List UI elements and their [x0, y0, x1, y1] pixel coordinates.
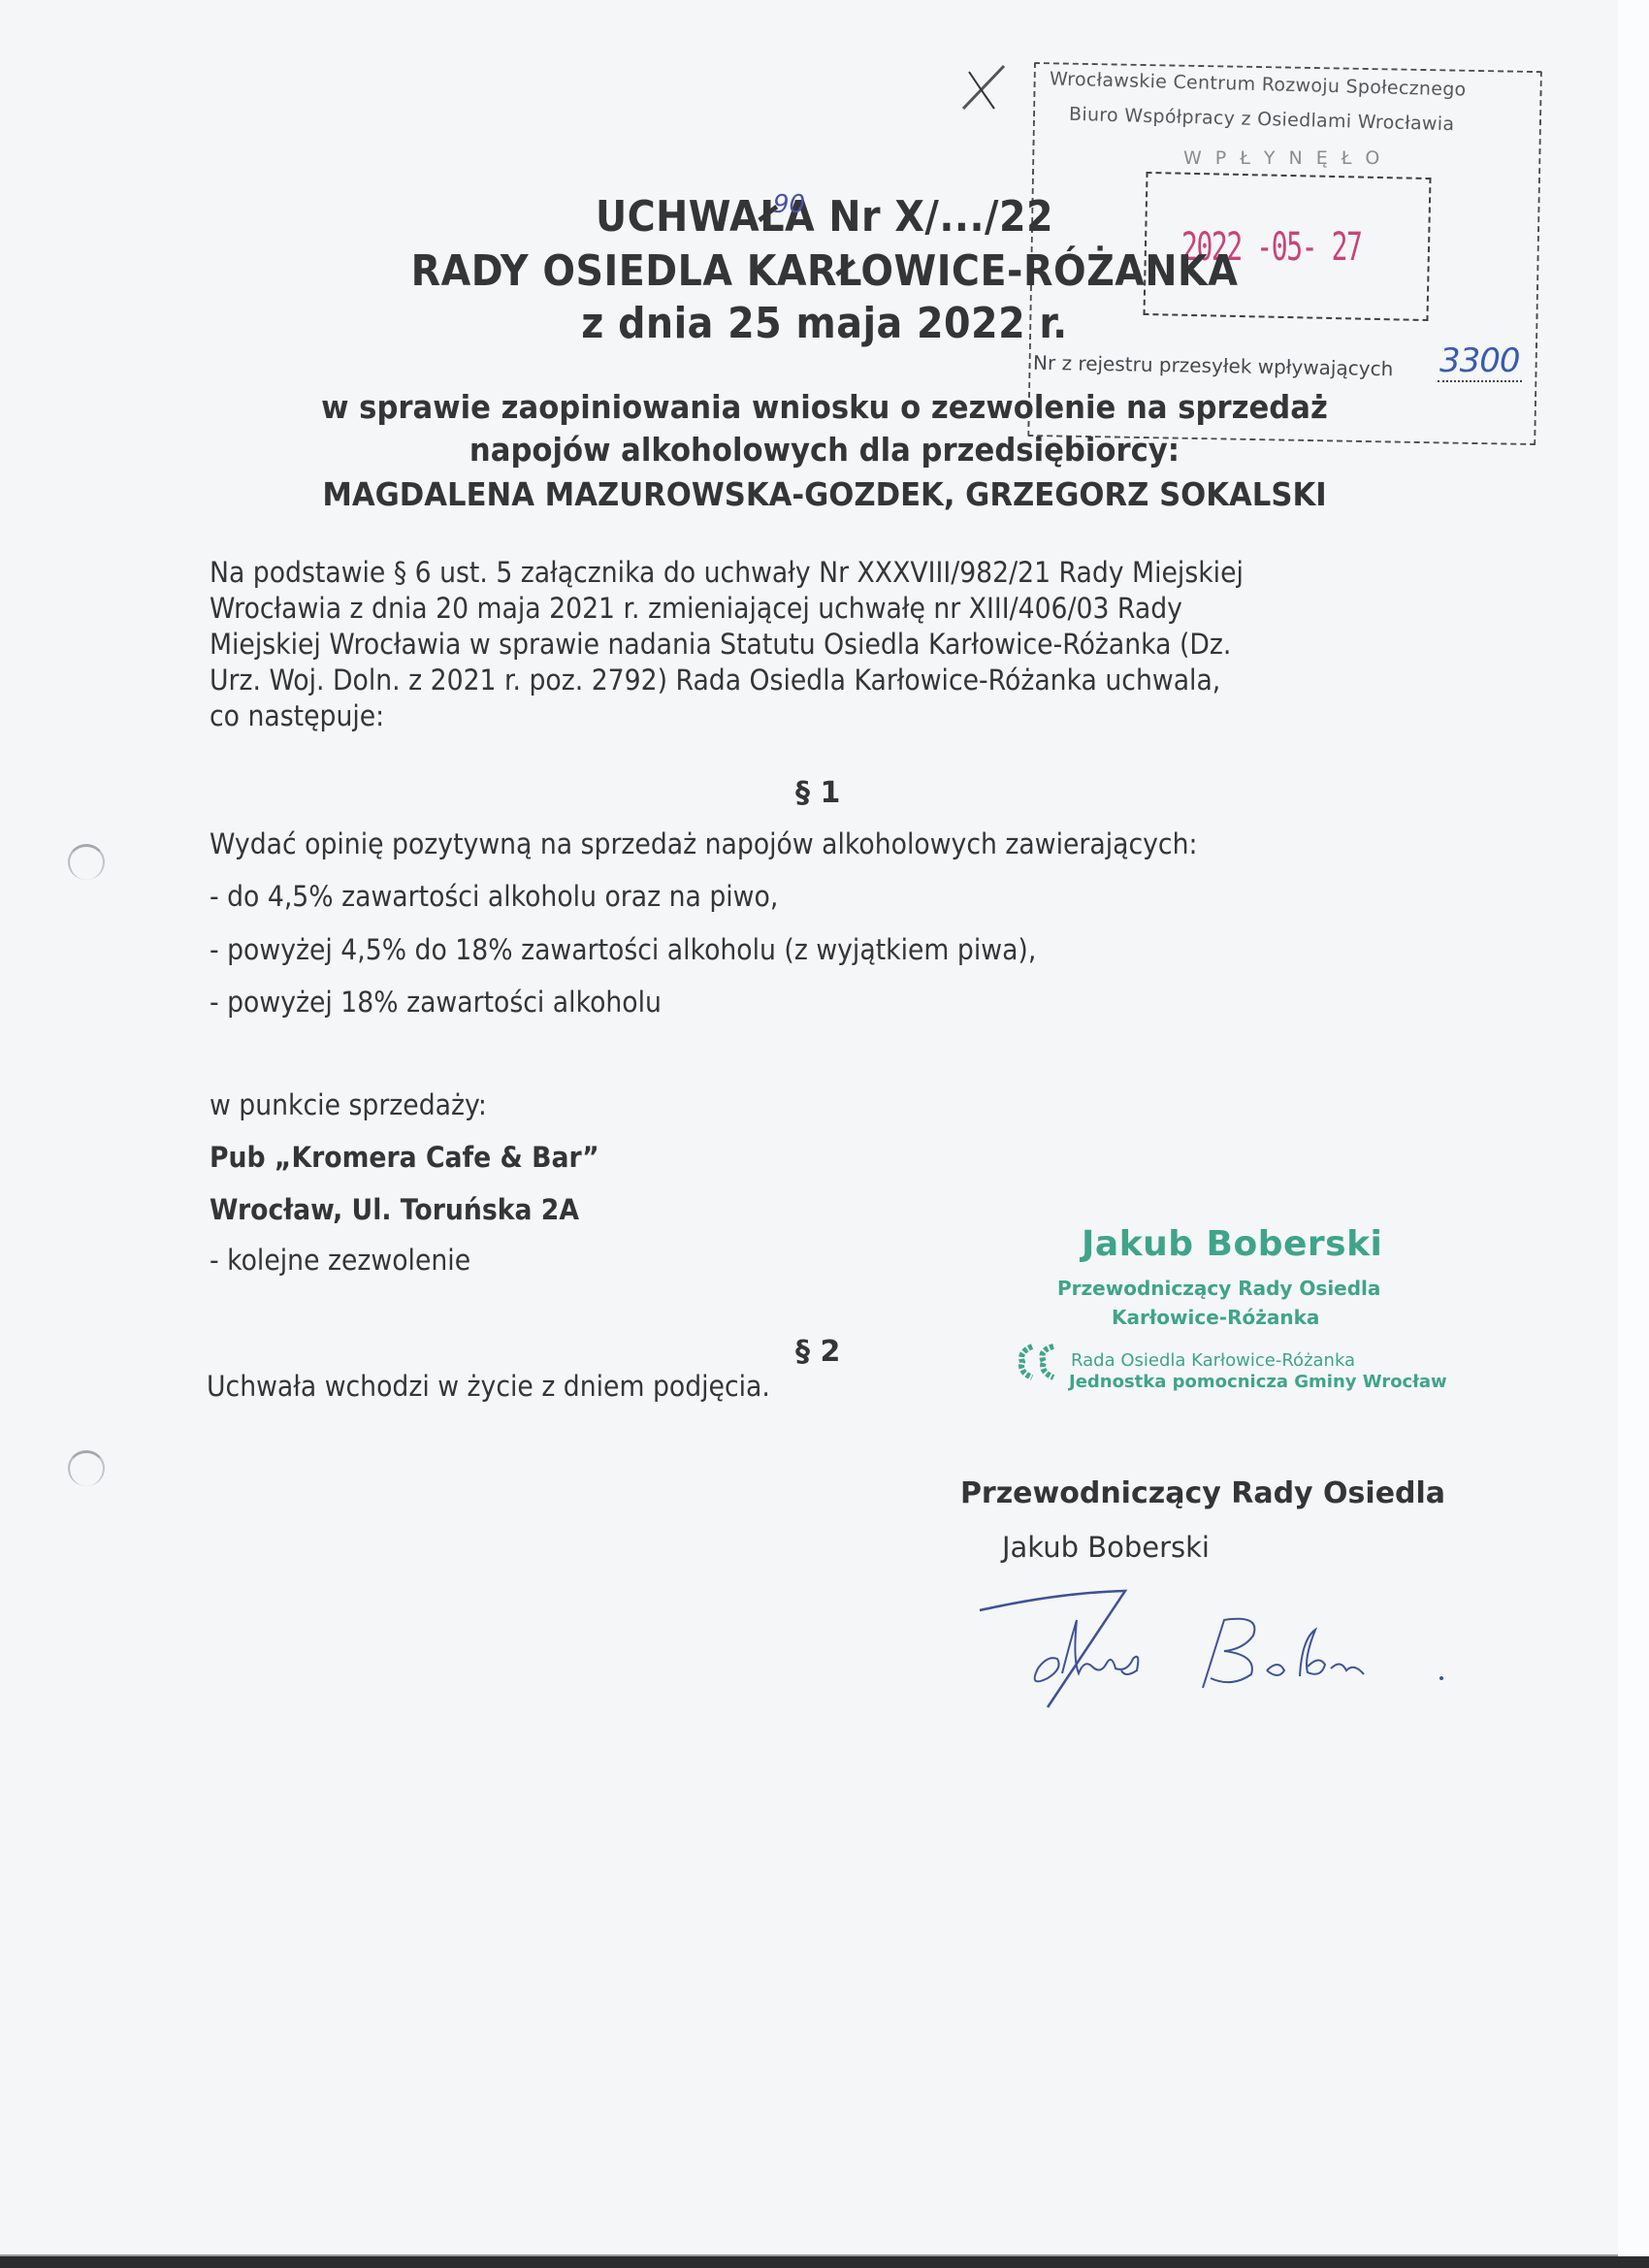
subject-line-1: w sprawie zaopiniowania wniosku o zezwol… [58, 386, 1592, 429]
section-2-mark: § 2 [795, 1335, 840, 1369]
point-of-sale-name: Pub „Kromera Cafe & Bar” [210, 1141, 599, 1174]
council-stamp-org-subtitle: Jednostka pomocnicza Gminy Wrocław [1069, 1372, 1447, 1392]
handwritten-signature-icon [970, 1581, 1474, 1717]
signatory-name: Jakub Boberski [912, 1531, 1300, 1564]
section-1-item: - do 4,5% zawartości alkoholu oraz na pi… [210, 880, 778, 913]
council-logo-icon [1015, 1343, 1057, 1381]
punch-hole-top [68, 844, 105, 880]
section-1-intro: Wydać opinię pozytywną na sprzedaż napoj… [210, 827, 1198, 860]
council-stamp-district: Karłowice-Różanka [1112, 1306, 1319, 1329]
title-number-placeholder: ... [939, 192, 985, 242]
council-title: RADY OSIEDLA KARŁOWICE-RÓŻANKA [0, 244, 1649, 299]
council-stamp-name: Jakub Boberski [1082, 1224, 1382, 1264]
resolution-title: UCHWAŁA Nr X/.../22 [0, 190, 1649, 244]
scan-bottom-border [0, 2256, 1649, 2268]
section-1-item: - powyżej 18% zawartości alkoholu [210, 986, 662, 1019]
point-of-sale-label: w punkcie sprzedaży: [210, 1088, 487, 1121]
section-2-text: Uchwała wchodzi w życie z dniem podjęcia… [207, 1370, 770, 1403]
resolution-date: z dnia 25 maja 2022 r. [0, 297, 1649, 351]
signatory-role: Przewodniczący Rady Osiedla [912, 1476, 1494, 1510]
section-1-mark: § 1 [795, 776, 840, 810]
permit-note: - kolejne zezwolenie [210, 1244, 470, 1277]
point-of-sale-address: Wrocław, Ul. Toruńska 2A [210, 1193, 579, 1226]
council-stamp-role: Przewodniczący Rady Osiedla [1057, 1277, 1380, 1300]
title-prefix: UCHWAŁA Nr X/ [596, 192, 939, 242]
preamble-line: Miejskiej Wrocławia w sprawie nadania St… [210, 627, 1370, 663]
council-stamp-org: Rada Osiedla Karłowice-Różanka [1071, 1350, 1355, 1371]
punch-hole-bottom [68, 1450, 105, 1486]
subject-entrepreneurs: MAGDALENA MAZUROWSKA-GOZDEK, GRZEGORZ SO… [58, 473, 1592, 516]
preamble-line: Urz. Woj. Doln. z 2021 r. poz. 2792) Rad… [210, 663, 1370, 698]
preamble-line: co następuje: [210, 698, 1370, 734]
section-1-item: - powyżej 4,5% do 18% zawartości alkohol… [210, 933, 1036, 966]
corner-x-mark-icon [955, 58, 1014, 116]
reception-stamp-received: WPŁYNĘŁO [1183, 147, 1393, 169]
title-suffix: /22 [985, 192, 1053, 242]
preamble-line: Wrocławia z dnia 20 maja 2021 r. zmienia… [210, 591, 1370, 627]
preamble-line: Na podstawie § 6 ust. 5 załącznika do uc… [210, 555, 1370, 591]
subject-line-2: napojów alkoholowych dla przedsiębiorcy: [58, 429, 1592, 471]
preamble: Na podstawie § 6 ust. 5 załącznika do uc… [210, 555, 1370, 734]
handwritten-resolution-number: 90 [773, 190, 805, 219]
